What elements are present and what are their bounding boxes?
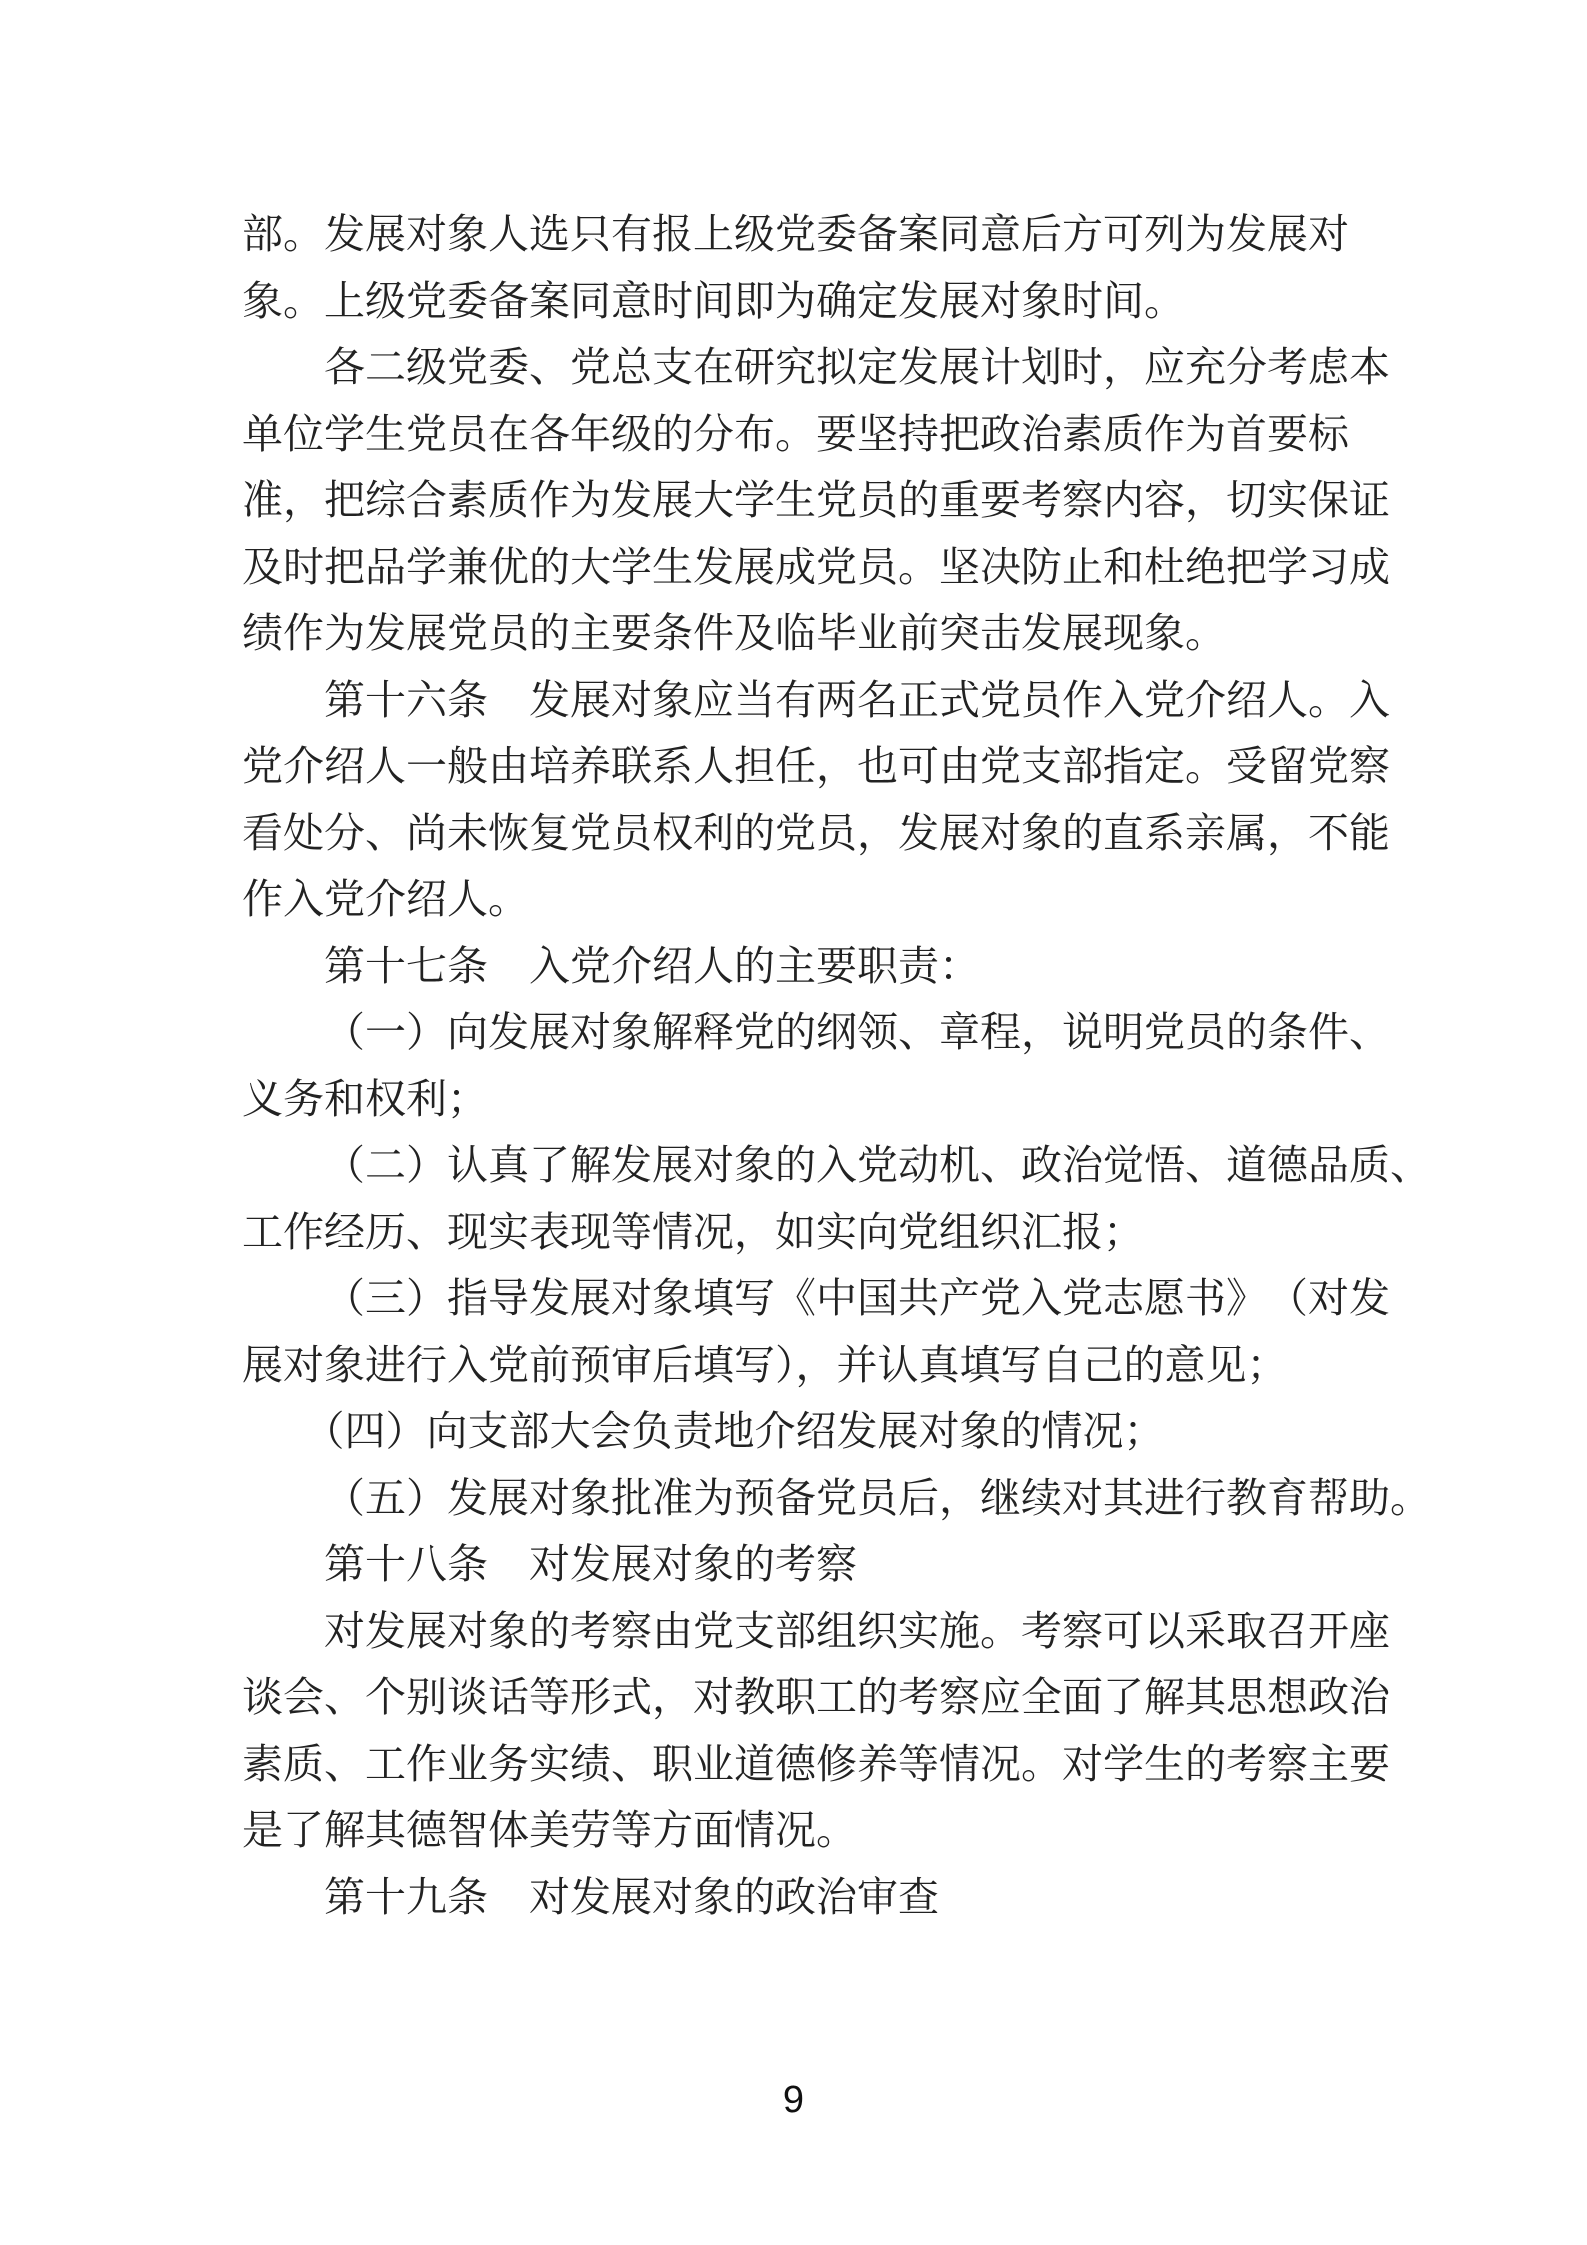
document-line: 展对象进行入党前预审后填写），并认真填写自己的意见； (242, 1332, 1347, 1399)
document-line: 单位学生党员在各年级的分布。要坚持把政治素质作为首要标 (242, 401, 1347, 468)
document-line: 象。上级党委备案同意时间即为确定发展对象时间。 (242, 268, 1347, 335)
article-16-heading-line: 第十六条 发展对象应当有两名正式党员作入党介绍人。入 (242, 667, 1347, 734)
document-line: 准，把综合素质作为发展大学生党员的重要考察内容，切实保证 (242, 467, 1347, 534)
document-line: 素质、工作业务实绩、职业道德修养等情况。对学生的考察主要 (242, 1731, 1347, 1798)
article-19-heading-line: 第十九条 对发展对象的政治审查 (242, 1864, 1347, 1931)
list-item-3-line: （三）指导发展对象填写《中国共产党入党志愿书》（对发 (242, 1265, 1347, 1332)
article-17-heading-line: 第十七条 入党介绍人的主要职责： (242, 933, 1347, 1000)
document-line: 党介绍人一般由培养联系人担任，也可由党支部指定。受留党察 (242, 733, 1347, 800)
document-page: 部。发展对象人选只有报上级党委备案同意后方可列为发展对 象。上级党委备案同意时间… (0, 0, 1587, 2245)
document-line: 对发展对象的考察由党支部组织实施。考察可以采取召开座 (242, 1598, 1347, 1665)
document-line: 谈会、个别谈话等形式，对教职工的考察应全面了解其思想政治 (242, 1664, 1347, 1731)
document-line: 工作经历、现实表现等情况，如实向党组织汇报； (242, 1199, 1347, 1266)
list-item-2-line: （二）认真了解发展对象的入党动机、政治觉悟、道德品质、 (242, 1132, 1347, 1199)
list-item-4-line: （四）向支部大会负责地介绍发展对象的情况； (242, 1398, 1347, 1465)
document-line: 及时把品学兼优的大学生发展成党员。坚决防止和杜绝把学习成 (242, 534, 1347, 601)
list-item-5-line: （五）发展对象批准为预备党员后，继续对其进行教育帮助。 (242, 1465, 1347, 1532)
text-block: 部。发展对象人选只有报上级党委备案同意后方可列为发展对 象。上级党委备案同意时间… (242, 201, 1347, 1930)
document-line: 各二级党委、党总支在研究拟定发展计划时，应充分考虑本 (242, 334, 1347, 401)
document-line: 绩作为发展党员的主要条件及临毕业前突击发展现象。 (242, 600, 1347, 667)
document-line: 作入党介绍人。 (242, 866, 1347, 933)
document-line: 部。发展对象人选只有报上级党委备案同意后方可列为发展对 (242, 201, 1347, 268)
document-line: 看处分、尚未恢复党员权利的党员，发展对象的直系亲属，不能 (242, 800, 1347, 867)
list-item-1-line: （一）向发展对象解释党的纲领、章程，说明党员的条件、 (242, 999, 1347, 1066)
document-line: 是了解其德智体美劳等方面情况。 (242, 1797, 1347, 1864)
page-number: 9 (0, 2080, 1587, 2120)
document-line: 义务和权利； (242, 1066, 1347, 1133)
article-18-heading-line: 第十八条 对发展对象的考察 (242, 1531, 1347, 1598)
